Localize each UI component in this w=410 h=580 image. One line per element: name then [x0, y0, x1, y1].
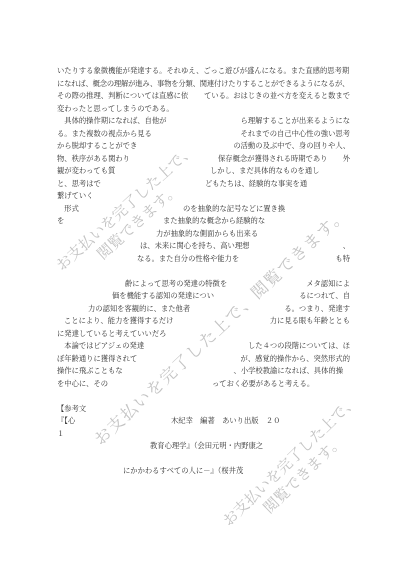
line-text: 具体的操作期になれば、自他が: [57, 115, 166, 128]
line-text: も特: [335, 253, 350, 266]
line-text: ら理解することが出来るようにな: [241, 115, 350, 128]
body-line: を また抽象的な概念から経験的な: [0, 215, 410, 228]
line-text: 価を機能する認知の発達につい: [112, 290, 214, 303]
line-text: るにつれて、自: [299, 290, 350, 303]
line-text: 、: [343, 240, 350, 253]
line-text: した４つの段階については、ほ: [248, 340, 350, 353]
line-text: どもたちは、経験的な事実を通: [205, 178, 307, 191]
reference-entry: １: [0, 428, 410, 441]
body-line: と、思考はで どもたちは、経験的な事実を通: [0, 178, 410, 191]
line-text: の活動の及ぶ中で、身の回りや人、: [233, 140, 350, 153]
line-text: 物、秩序がある関わり: [57, 153, 130, 166]
body-line: 変わったと思ってしまうのである。: [0, 103, 410, 116]
body-line: ぼ年齢通りに獲得されて が、感覚的操作から、突然形式的: [0, 353, 410, 366]
line-text: を: [57, 215, 64, 228]
line-text: いたりする象徴機能が発達する。それゆえ、ごっこ遊びが盛んになる。また直感的思考期: [57, 65, 349, 78]
line-text: になれば、概念の理解が進み、事物を分類、関連付けたりすることができるようになるが…: [57, 78, 349, 91]
line-text: 、小学校教諭になれば、具体的操: [234, 365, 343, 378]
line-text: は、未来に関心を持ち、高い理想: [140, 240, 249, 253]
line-text: っておく必要があると考える。: [212, 378, 314, 391]
body-line: 価を機能する認知の発達につい るにつれて、自: [0, 290, 410, 303]
reference-text: 『【心: [57, 415, 75, 428]
line-text: 繋げていく: [57, 190, 93, 203]
line-text: 観が変わっても質: [57, 165, 115, 178]
body-line: その際の推理、判断については直感に依 ている。おはじきの並べ方を変えると数まで: [0, 90, 410, 103]
body-line: を中心に、その っておく必要があると考える。: [0, 378, 410, 391]
line-text: ている。おはじきの並べ方を変えると数まで: [204, 90, 350, 103]
line-text: から脱却することができ: [57, 140, 137, 153]
body-line: いたりする象徴機能が発達する。それゆえ、ごっこ遊びが盛んになる。また直感的思考期: [0, 65, 410, 78]
body-line: になれば、概念の理解が進み、事物を分類、関連付けたりすることができるようになるが…: [0, 78, 410, 91]
body-line: 力が抽象的な側面からも出来る: [0, 228, 410, 241]
reference-entry: 教育心理学』（会田元明・内野康之: [0, 440, 410, 453]
line-text: 外: [343, 153, 350, 166]
body-line: る。また複数の視点から見る それまでの自己中心性の強い思考: [0, 128, 410, 141]
body-line: から脱却することができ の活動の及ぶ中で、身の回りや人、: [0, 140, 410, 153]
line-text: 保存概念が獲得される時期であり: [218, 153, 327, 166]
document-page: いたりする象徴機能が発達する。それゆえ、ごっこ遊びが盛んになる。また直感的思考期…: [0, 0, 410, 580]
line-text: る。また複数の視点から見る: [57, 128, 152, 141]
line-text: のを抽象的な記号などに置き換: [183, 203, 285, 216]
body-line: 操作に飛ぶこともな 、小学校教諭になれば、具体的操: [0, 365, 410, 378]
reference-text: にかかわるすべての人に－』（桜井茂: [123, 465, 243, 478]
reference-text: 木紀幸 編著 あいり出版 ２０: [171, 415, 280, 428]
line-text: 本論ではピアジェの発達: [57, 340, 144, 353]
body-line: は、未来に関心を持ち、高い理想 、: [0, 240, 410, 253]
line-text: ことにより、能力を獲得するだけ: [64, 315, 173, 328]
line-text: に発達していると考えていいだろ: [57, 328, 166, 341]
reference-entry: にかかわるすべての人に－』（桜井茂: [0, 465, 410, 478]
line-text: を中心に、その: [57, 378, 108, 391]
line-text: が、感覚的操作から、突然形式的: [241, 353, 350, 366]
body-line: 形式 のを抽象的な記号などに置き換: [0, 203, 410, 216]
reference-text: １: [57, 428, 64, 441]
body-line: 観が変わっても質 しかし、まだ具体的なものを通し: [0, 165, 410, 178]
reference-heading: 【参考文: [0, 403, 410, 416]
line-text: その際の推理、判断については直感に依: [57, 90, 188, 103]
line-text: る。つまり、発達す: [284, 303, 350, 316]
body-line: 物、秩序がある関わり 保存概念が獲得される時期であり 外: [0, 153, 410, 166]
line-text: 変わったと思ってしまうのである。: [57, 103, 174, 116]
line-text: また抽象的な概念から経験的な: [163, 215, 265, 228]
body-line: 本論ではピアジェの発達 した４つの段階については、ほ: [0, 340, 410, 353]
line-text: と、思考はで: [57, 178, 101, 191]
body-line: ことにより、能力を獲得するだけ 力に見る眼も年齢ととも: [0, 315, 410, 328]
reference-heading-text: 【参考文: [57, 403, 86, 416]
line-text: 齢によって思考の発達の特徴を: [125, 278, 227, 291]
line-text: しかし、まだ具体的なものを通し: [210, 165, 319, 178]
body-line: なる。また自分の性格や能力を も特: [0, 253, 410, 266]
body-line: 具体的操作期になれば、自他が ら理解することが出来るようにな: [0, 115, 410, 128]
line-text: それまでの自己中心性の強い思考: [241, 128, 350, 141]
body-line: 齢によって思考の発達の特徴を メタ認知によ: [0, 278, 410, 291]
line-text: 力の認知を客観的に、また他者: [88, 303, 190, 316]
line-text: ぼ年齢通りに獲得されて: [57, 353, 137, 366]
line-text: なる。また自分の性格や能力を: [137, 253, 239, 266]
line-text: 力が抽象的な側面からも出来る: [156, 228, 258, 241]
line-text: 力に見る眼も年齢ととも: [270, 315, 350, 328]
body-line: に発達していると考えていいだろ: [0, 328, 410, 341]
reference-entry: 『【心 木紀幸 編著 あいり出版 ２０: [0, 415, 410, 428]
reference-text: 教育心理学』（会田元明・内野康之: [150, 440, 263, 453]
body-line: 力の認知を客観的に、また他者 る。つまり、発達す: [0, 303, 410, 316]
line-text: 操作に飛ぶこともな: [57, 365, 123, 378]
line-text: 形式: [57, 203, 79, 216]
line-text: メタ認知によ: [306, 278, 350, 291]
body-line: 繋げていく: [0, 190, 410, 203]
